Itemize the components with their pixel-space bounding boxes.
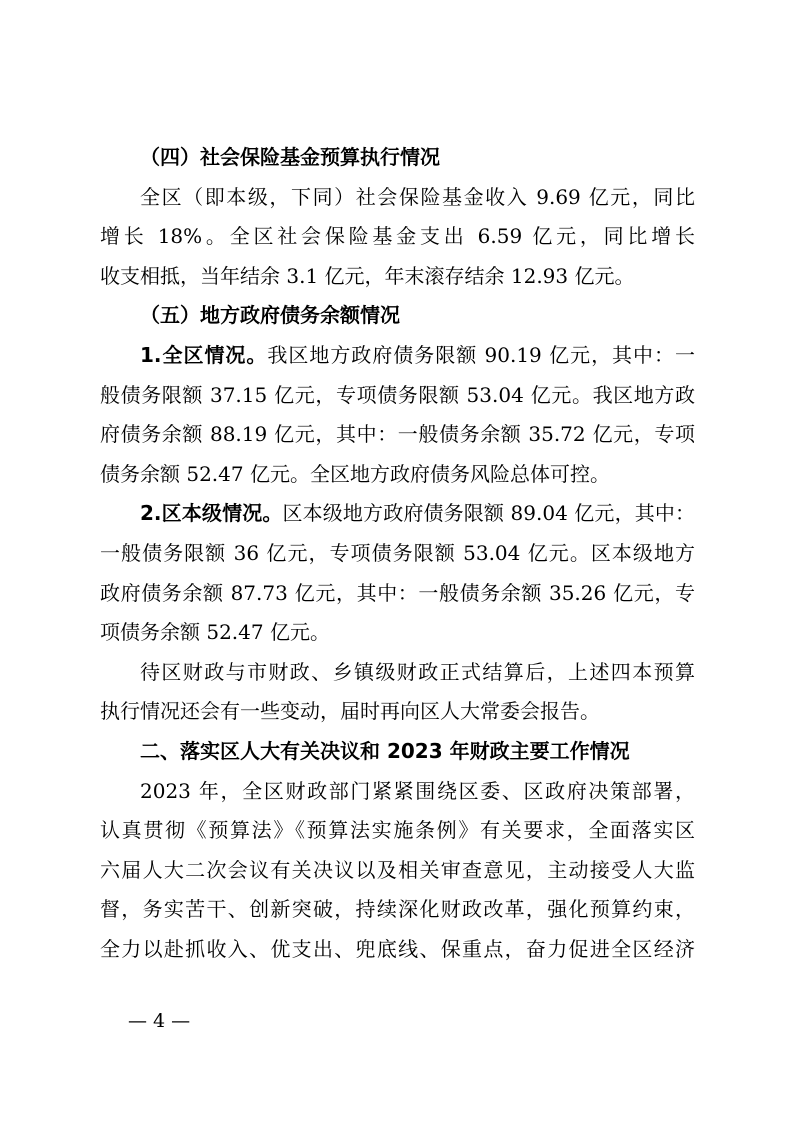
paragraph-line: 2023 年，全区财政部门紧紧围绕区委、区政府决策部署， [100,772,695,812]
page-number: — 4 — [128,1010,190,1032]
paragraph-line: 增长 18%。全区社会保险基金支出 6.59 亿元，同比增长 13.3%。 [100,217,695,257]
paragraph-line: 全力以赴抓收入、优支出、兜底线、保重点，奋力促进全区经济 [100,930,695,970]
paragraph-line: 府债务余额 88.19 亿元，其中：一般债务余额 35.72 亿元，专项 [100,415,695,455]
paragraph-line: 收支相抵，当年结余 3.1 亿元，年末滚存结余 12.93 亿元。 [100,257,695,297]
paragraph-line: 待区财政与市财政、乡镇级财政正式结算后，上述四本预算 [100,653,695,693]
bold-lead-text: 2.区本级情况。 [140,501,283,525]
paragraph-line: 1.全区情况。我区地方政府债务限额 90.19 亿元，其中：一 [100,336,695,376]
document-page: （四）社会保险基金预算执行情况全区（即本级，下同）社会保险基金收入 9.69 亿… [0,0,793,1122]
paragraph-line: 认真贯彻《预算法》《预算法实施条例》有关要求，全面落实区 [100,811,695,851]
paragraph-line: 般债务限额 37.15 亿元，专项债务限额 53.04 亿元。我区地方政 [100,376,695,416]
paragraph-line: 六届人大二次会议有关决议以及相关审查意见，主动接受人大监 [100,851,695,891]
paragraph-line: 项债务余额 52.47 亿元。 [100,613,695,653]
section-heading: （四）社会保险基金预算执行情况 [100,138,695,178]
document-content: （四）社会保险基金预算执行情况全区（即本级，下同）社会保险基金收入 9.69 亿… [100,138,695,969]
paragraph-line: 执行情况还会有一些变动，届时再向区人大常委会报告。 [100,692,695,732]
paragraph-line: 全区（即本级，下同）社会保险基金收入 9.69 亿元，同比 [100,178,695,218]
paragraph-line: 政府债务余额 87.73 亿元，其中：一般债务余额 35.26 亿元，专 [100,574,695,614]
paragraph-line: 债务余额 52.47 亿元。全区地方政府债务风险总体可控。 [100,455,695,495]
paragraph-line: 一般债务限额 36 亿元，专项债务限额 53.04 亿元。区本级地方 [100,534,695,574]
paragraph-line: 督，务实苦干、创新突破，持续深化财政改革，强化预算约束， [100,890,695,930]
section-heading: 二、落实区人大有关决议和 2023 年财政主要工作情况 [100,732,695,772]
bold-lead-text: 1.全区情况。 [140,343,267,367]
section-heading: （五）地方政府债务余额情况 [100,296,695,336]
page-footer: — 4 — [128,1007,190,1035]
paragraph-line: 2.区本级情况。区本级地方政府债务限额 89.04 亿元，其中： [100,494,695,534]
